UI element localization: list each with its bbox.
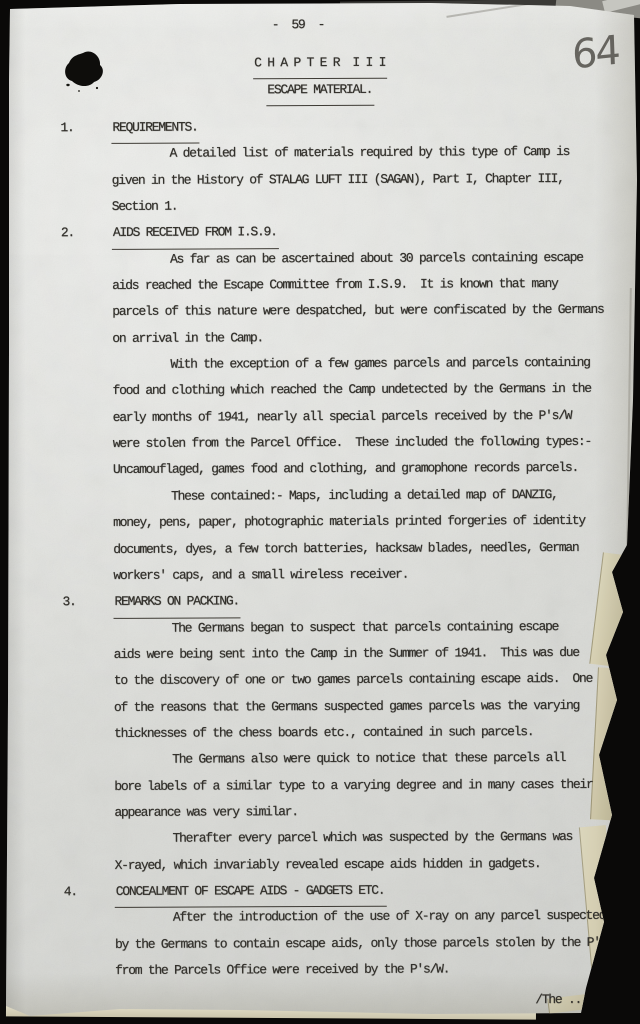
section-body: REMARKS ON PACKING.The Germans began to … <box>113 587 640 879</box>
continuation-mark: /The ... <box>535 987 588 1014</box>
text-line: were stolen from the Parcel Office. Thes… <box>113 429 640 458</box>
chapter-heading: C H A P T E R I I I <box>253 50 387 80</box>
text-line: aids were being sent into the Camp in th… <box>114 639 640 668</box>
document-content: - 59 - C H A P T E R I I I ESCAPE MATERI… <box>0 0 640 1024</box>
section-row: 4.CONCEALMENT OF ESCAPE AIDS - GADGETS E… <box>2 877 640 985</box>
section-body: REQUIREMENTS.A detailed list of material… <box>111 113 638 221</box>
text-line: food and clothing which reached the Camp… <box>112 376 639 405</box>
text-line: thicknesses of the chess boards etc., co… <box>114 719 640 748</box>
text-line: aids reached the Escape Committee from I… <box>112 271 639 300</box>
text-line: given in the History of STALAG LUFT III … <box>112 165 639 194</box>
sections: 1.REQUIREMENTS.A detailed list of materi… <box>0 113 640 985</box>
section-body: CONCEALMENT OF ESCAPE AIDS - GADGETS ETC… <box>115 877 640 985</box>
text-line: bore labels of a similar type to a varyi… <box>114 771 640 800</box>
page-number: - 59 - <box>272 12 325 39</box>
text-line: These contained:- Maps, including a deta… <box>113 481 640 510</box>
text-line: appearance was very similar. <box>114 798 640 827</box>
section-number: 2. <box>61 220 74 246</box>
text-line: After the introduction of the use of X-r… <box>115 903 640 932</box>
section-heading: REMARKS ON PACKING. <box>113 587 640 616</box>
section-number: 4. <box>64 879 77 905</box>
text-line: early months of 1941, nearly all special… <box>113 402 640 431</box>
scanned-page: - 59 - C H A P T E R I I I ESCAPE MATERI… <box>0 0 640 1024</box>
text-line: to the discovery of one or two games par… <box>114 666 640 695</box>
section-row: 2.AIDS RECEIVED FROM I.S.9.As far as can… <box>0 218 640 590</box>
text-line: With the exception of a few games parcel… <box>112 350 639 379</box>
text-line: As far as can be ascertained about 30 pa… <box>112 244 639 273</box>
section-number: 1. <box>60 115 73 141</box>
text-line: by the Germans to contain escape aids, o… <box>115 929 640 958</box>
text-line: from the Parcels Office were received by… <box>115 956 640 985</box>
text-line: money, pens, paper, photographic materia… <box>113 508 640 537</box>
section-heading: REQUIREMENTS. <box>111 113 638 142</box>
text-line: The Germans also were quick to notice th… <box>114 745 640 774</box>
text-line: documents, dyes, a few torch batteries, … <box>113 534 640 563</box>
section-number: 3. <box>62 589 75 615</box>
text-line: parcels of this nature were despatched, … <box>112 297 639 326</box>
text-line: workers' caps, and a small wireless rece… <box>113 560 640 589</box>
section-row: 1.REQUIREMENTS.A detailed list of materi… <box>0 113 639 221</box>
section-row: 3.REMARKS ON PACKING.The Germans began t… <box>0 587 640 880</box>
text-line: X-rayed, which invariably revealed escap… <box>115 850 640 879</box>
section-heading: CONCEALMENT OF ESCAPE AIDS - GADGETS ETC… <box>115 877 640 906</box>
section-body: AIDS RECEIVED FROM I.S.9.As far as can b… <box>112 218 640 589</box>
document-paper: - 59 - C H A P T E R I I I ESCAPE MATERI… <box>0 0 640 1024</box>
text-line: Uncamouflaged, games food and clothing, … <box>113 455 640 484</box>
text-line: The Germans began to suspect that parcel… <box>114 613 640 642</box>
section-heading: AIDS RECEIVED FROM I.S.9. <box>112 218 639 247</box>
text-line: Therafter every parcel which was suspect… <box>114 824 640 853</box>
text-line: A detailed list of materials required by… <box>111 139 638 168</box>
text-line: of the reasons that the Germans suspecte… <box>114 692 640 721</box>
text-line: on arrival in the Camp. <box>112 323 639 352</box>
text-line: Section 1. <box>112 192 639 221</box>
chapter-subheading: ESCAPE MATERIAL. <box>266 77 374 107</box>
